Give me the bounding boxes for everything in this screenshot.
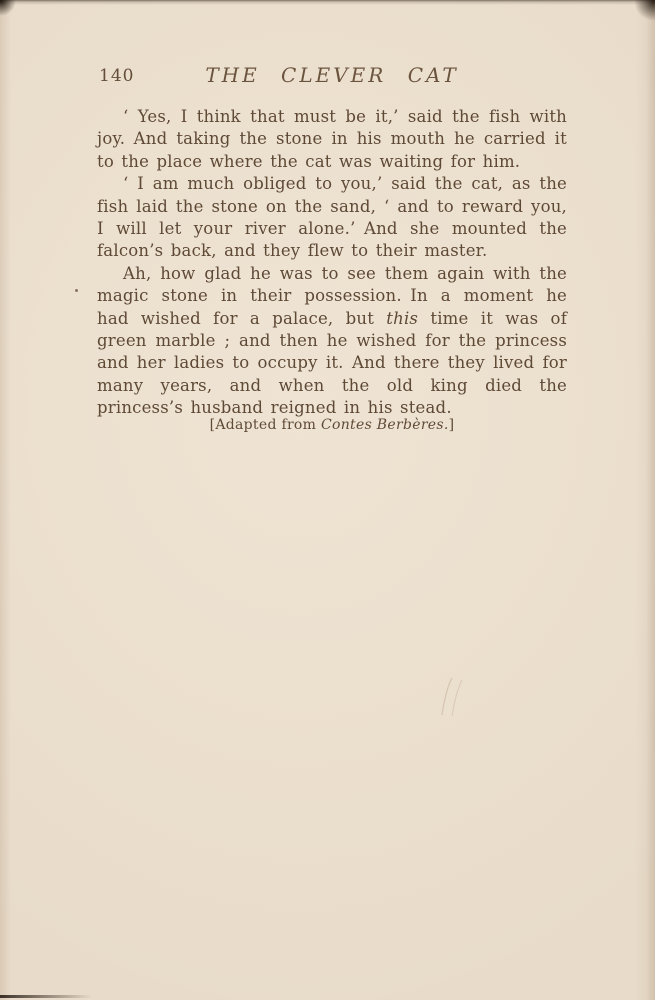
paragraph: Ah, how glad he was to see them again wi… (97, 263, 567, 420)
pencil-mark (435, 676, 469, 722)
story-text: ‘ Yes, I think that must be it,’ said th… (97, 106, 567, 420)
attribution-source: Contes Berbères. (321, 417, 449, 433)
attribution-line: [Adapted from Contes Berbères.] (97, 417, 567, 433)
book-page: 140 THE CLEVER CAT ‘ Yes, I think that m… (0, 0, 655, 1000)
paragraph-text: ‘ I am much obliged to you,’ said the ca… (97, 174, 567, 260)
page-number: 140 (99, 66, 134, 86)
ink-dot (75, 289, 78, 292)
paragraph: ‘ Yes, I think that must be it,’ said th… (97, 106, 567, 173)
page-header: 140 THE CLEVER CAT (97, 63, 567, 89)
paragraph: ‘ I am much obliged to you,’ said the ca… (97, 173, 567, 263)
running-title: THE CLEVER CAT (97, 63, 567, 87)
emphasized-word: this (386, 309, 418, 328)
attribution-suffix: ] (449, 417, 455, 433)
paragraph-text: ‘ Yes, I think that must be it,’ said th… (97, 107, 567, 171)
page-edge-shadow (0, 995, 92, 998)
attribution-prefix: [Adapted from (210, 417, 321, 433)
